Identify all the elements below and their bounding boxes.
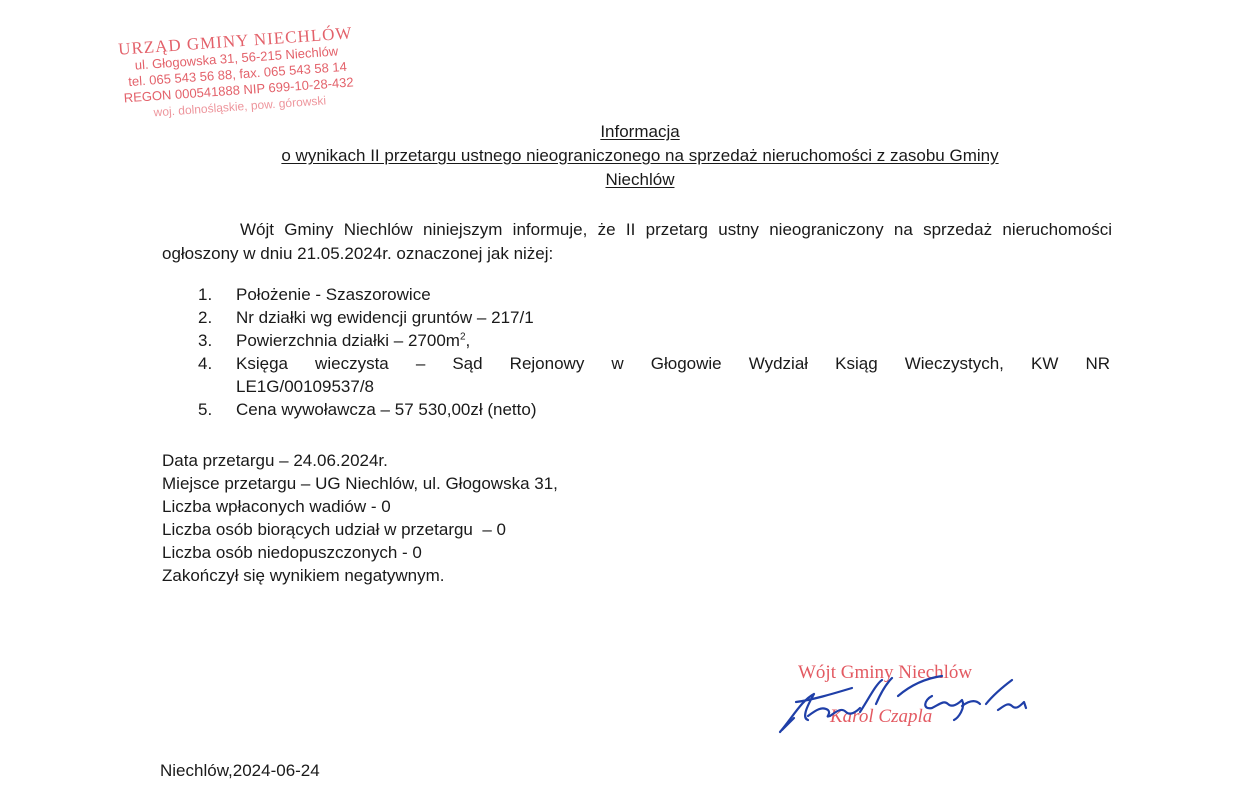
title-subtitle-line2: Niechlów [606,170,675,189]
auction-details: Data przetargu – 24.06.2024r. Miejsce pr… [162,449,762,587]
property-list: 1. Położenie - Szaszorowice 2. Nr działk… [198,283,1110,421]
item-number: 2. [198,306,236,329]
title-heading: Informacja [600,122,679,141]
title-subtitle-line1: o wynikach II przetargu ustnego nieogran… [281,146,998,165]
item-number: 1. [198,283,236,306]
item-number: 4. [198,352,236,375]
list-item: 3. Powierzchnia działki – 2700m2, [198,329,1110,352]
document-title: Informacja o wynikach II przetargu ustne… [190,120,1090,192]
list-item: 2. Nr działki wg ewidencji gruntów – 217… [198,306,1110,329]
participants-count: Liczba osób biorących udział w przetargu… [162,518,762,541]
item-land-register: Księga wieczysta – Sąd Rejonowy w Głogow… [236,352,1110,398]
office-stamp: URZĄD GMINY NIECHLÓW ul. Głogowska 31, 5… [100,23,375,124]
item-starting-price: Cena wywoławcza – 57 530,00zł (netto) [236,398,1110,421]
intro-paragraph: Wójt Gminy Niechlów niniejszym informuje… [162,218,1112,266]
place-and-date: Niechlów,2024-06-24 [160,760,320,782]
auction-result: Zakończył się wynikiem negatywnym. [162,564,762,587]
list-item: 4. Księga wieczysta – Sąd Rejonowy w Gło… [198,352,1110,398]
deposits-count: Liczba wpłaconych wadiów - 0 [162,495,762,518]
rejected-count: Liczba osób niedopuszczonych - 0 [162,541,762,564]
item-number: 5. [198,398,236,421]
list-item: 1. Położenie - Szaszorowice [198,283,1110,306]
handwritten-signature-icon [772,660,1062,740]
auction-place: Miejsce przetargu – UG Niechlów, ul. Gło… [162,472,762,495]
item-land-register-line1: Księga wieczysta – Sąd Rejonowy w Głogow… [236,352,1110,375]
item-number: 3. [198,329,236,352]
signature-block: Wójt Gminy Niechlów Karol Czapla [772,660,1062,740]
item-location: Położenie - Szaszorowice [236,283,1110,306]
auction-date: Data przetargu – 24.06.2024r. [162,449,762,472]
item-area-suffix: , [466,331,471,350]
item-area-text: Powierzchnia działki – 2700m [236,331,460,350]
item-area: Powierzchnia działki – 2700m2, [236,329,1110,352]
item-land-register-line2: LE1G/00109537/8 [236,377,374,396]
item-plot-number: Nr działki wg ewidencji gruntów – 217/1 [236,306,1110,329]
list-item: 5. Cena wywoławcza – 57 530,00zł (netto) [198,398,1110,421]
